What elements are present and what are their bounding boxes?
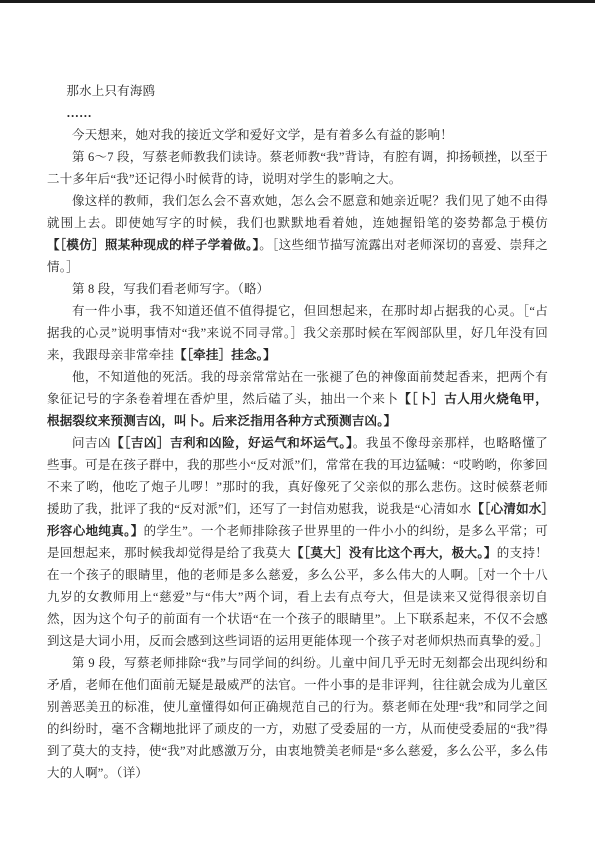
text-run: 第 6～7 段，写蔡老师教我们读诗。蔡老师教“我”背诗，有腔有调，抑扬顿挫，以至… <box>47 150 548 186</box>
text-run: 第 8 段，写我们看老师写字。（略） <box>72 282 269 296</box>
page-top-edge <box>0 0 595 3</box>
document-page: 那水上只有海鸥……今天想来，她对我的接近文学和爱好文学，是有着多么有益的影响！第… <box>0 0 595 841</box>
paragraph: 第 8 段，写我们看老师写字。（略） <box>47 278 548 300</box>
document-body: 那水上只有海鸥……今天想来，她对我的接近文学和爱好文学，是有着多么有益的影响！第… <box>47 80 548 784</box>
paragraph: 今天想来，她对我的接近文学和爱好文学，是有着多么有益的影响！ <box>47 124 548 146</box>
annotation-run: 【［牵挂］挂念。】 <box>174 348 276 362</box>
paragraph: 第 9 段，写蔡老师排除“我”与同学间的纠纷。儿童中间几乎无时无刻都会出现纠纷和… <box>47 652 548 784</box>
text-run: 像这样的教师，我们怎么会不喜欢她，怎么会不愿意和她亲近呢？我们见了她不由得就围上… <box>47 194 548 230</box>
paragraph: 那水上只有海鸥 <box>47 80 548 102</box>
text-run: 第 9 段，写蔡老师排除“我”与同学间的纠纷。儿童中间几乎无时无刻都会出现纠纷和… <box>47 656 548 780</box>
paragraph: 第 6～7 段，写蔡老师教我们读诗。蔡老师教“我”背诗，有腔有调，抑扬顿挫，以至… <box>47 146 548 190</box>
annotation-run: 【［吉凶］吉利和凶险，好运气和坏运气。】 <box>111 436 353 450</box>
annotation-run: …… <box>66 106 91 120</box>
text-run: 那水上只有海鸥 <box>66 84 155 98</box>
paragraph: 像这样的教师，我们怎么会不喜欢她，怎么会不愿意和她亲近呢？我们见了她不由得就围上… <box>47 190 548 278</box>
annotation-run: 【［莫大］没有比这个再大，极大。】 <box>291 546 497 560</box>
text-run: 今天想来，她对我的接近文学和爱好文学，是有着多么有益的影响！ <box>72 128 453 142</box>
paragraph: 问吉凶【［吉凶］吉利和凶险，好运气和坏运气。】。我虽不像母亲那样，也略略懂了些事… <box>47 432 548 652</box>
paragraph: …… <box>47 102 548 124</box>
text-run: 问吉凶 <box>72 436 111 450</box>
paragraph: 他，不知道他的死活。我的母亲常常站在一张褪了色的神像面前焚起香来，把两个有象征记… <box>47 366 548 432</box>
paragraph: 有一件小事，我不知道还值不值得提它，但回想起来，在那时却占据我的心灵。［“占据我… <box>47 300 548 366</box>
text-run: 有一件小事，我不知道还值不值得提它，但回想起来，在那时却占据我的心灵。［“占据我… <box>47 304 548 362</box>
annotation-run: 【［模仿］照某种现成的样子学着做。】 <box>47 238 259 252</box>
text-run: 的支持！在一个孩子的眼睛里，他的老师是多么慈爱，多么公平，多么伟大的人啊。［对一… <box>47 546 549 648</box>
